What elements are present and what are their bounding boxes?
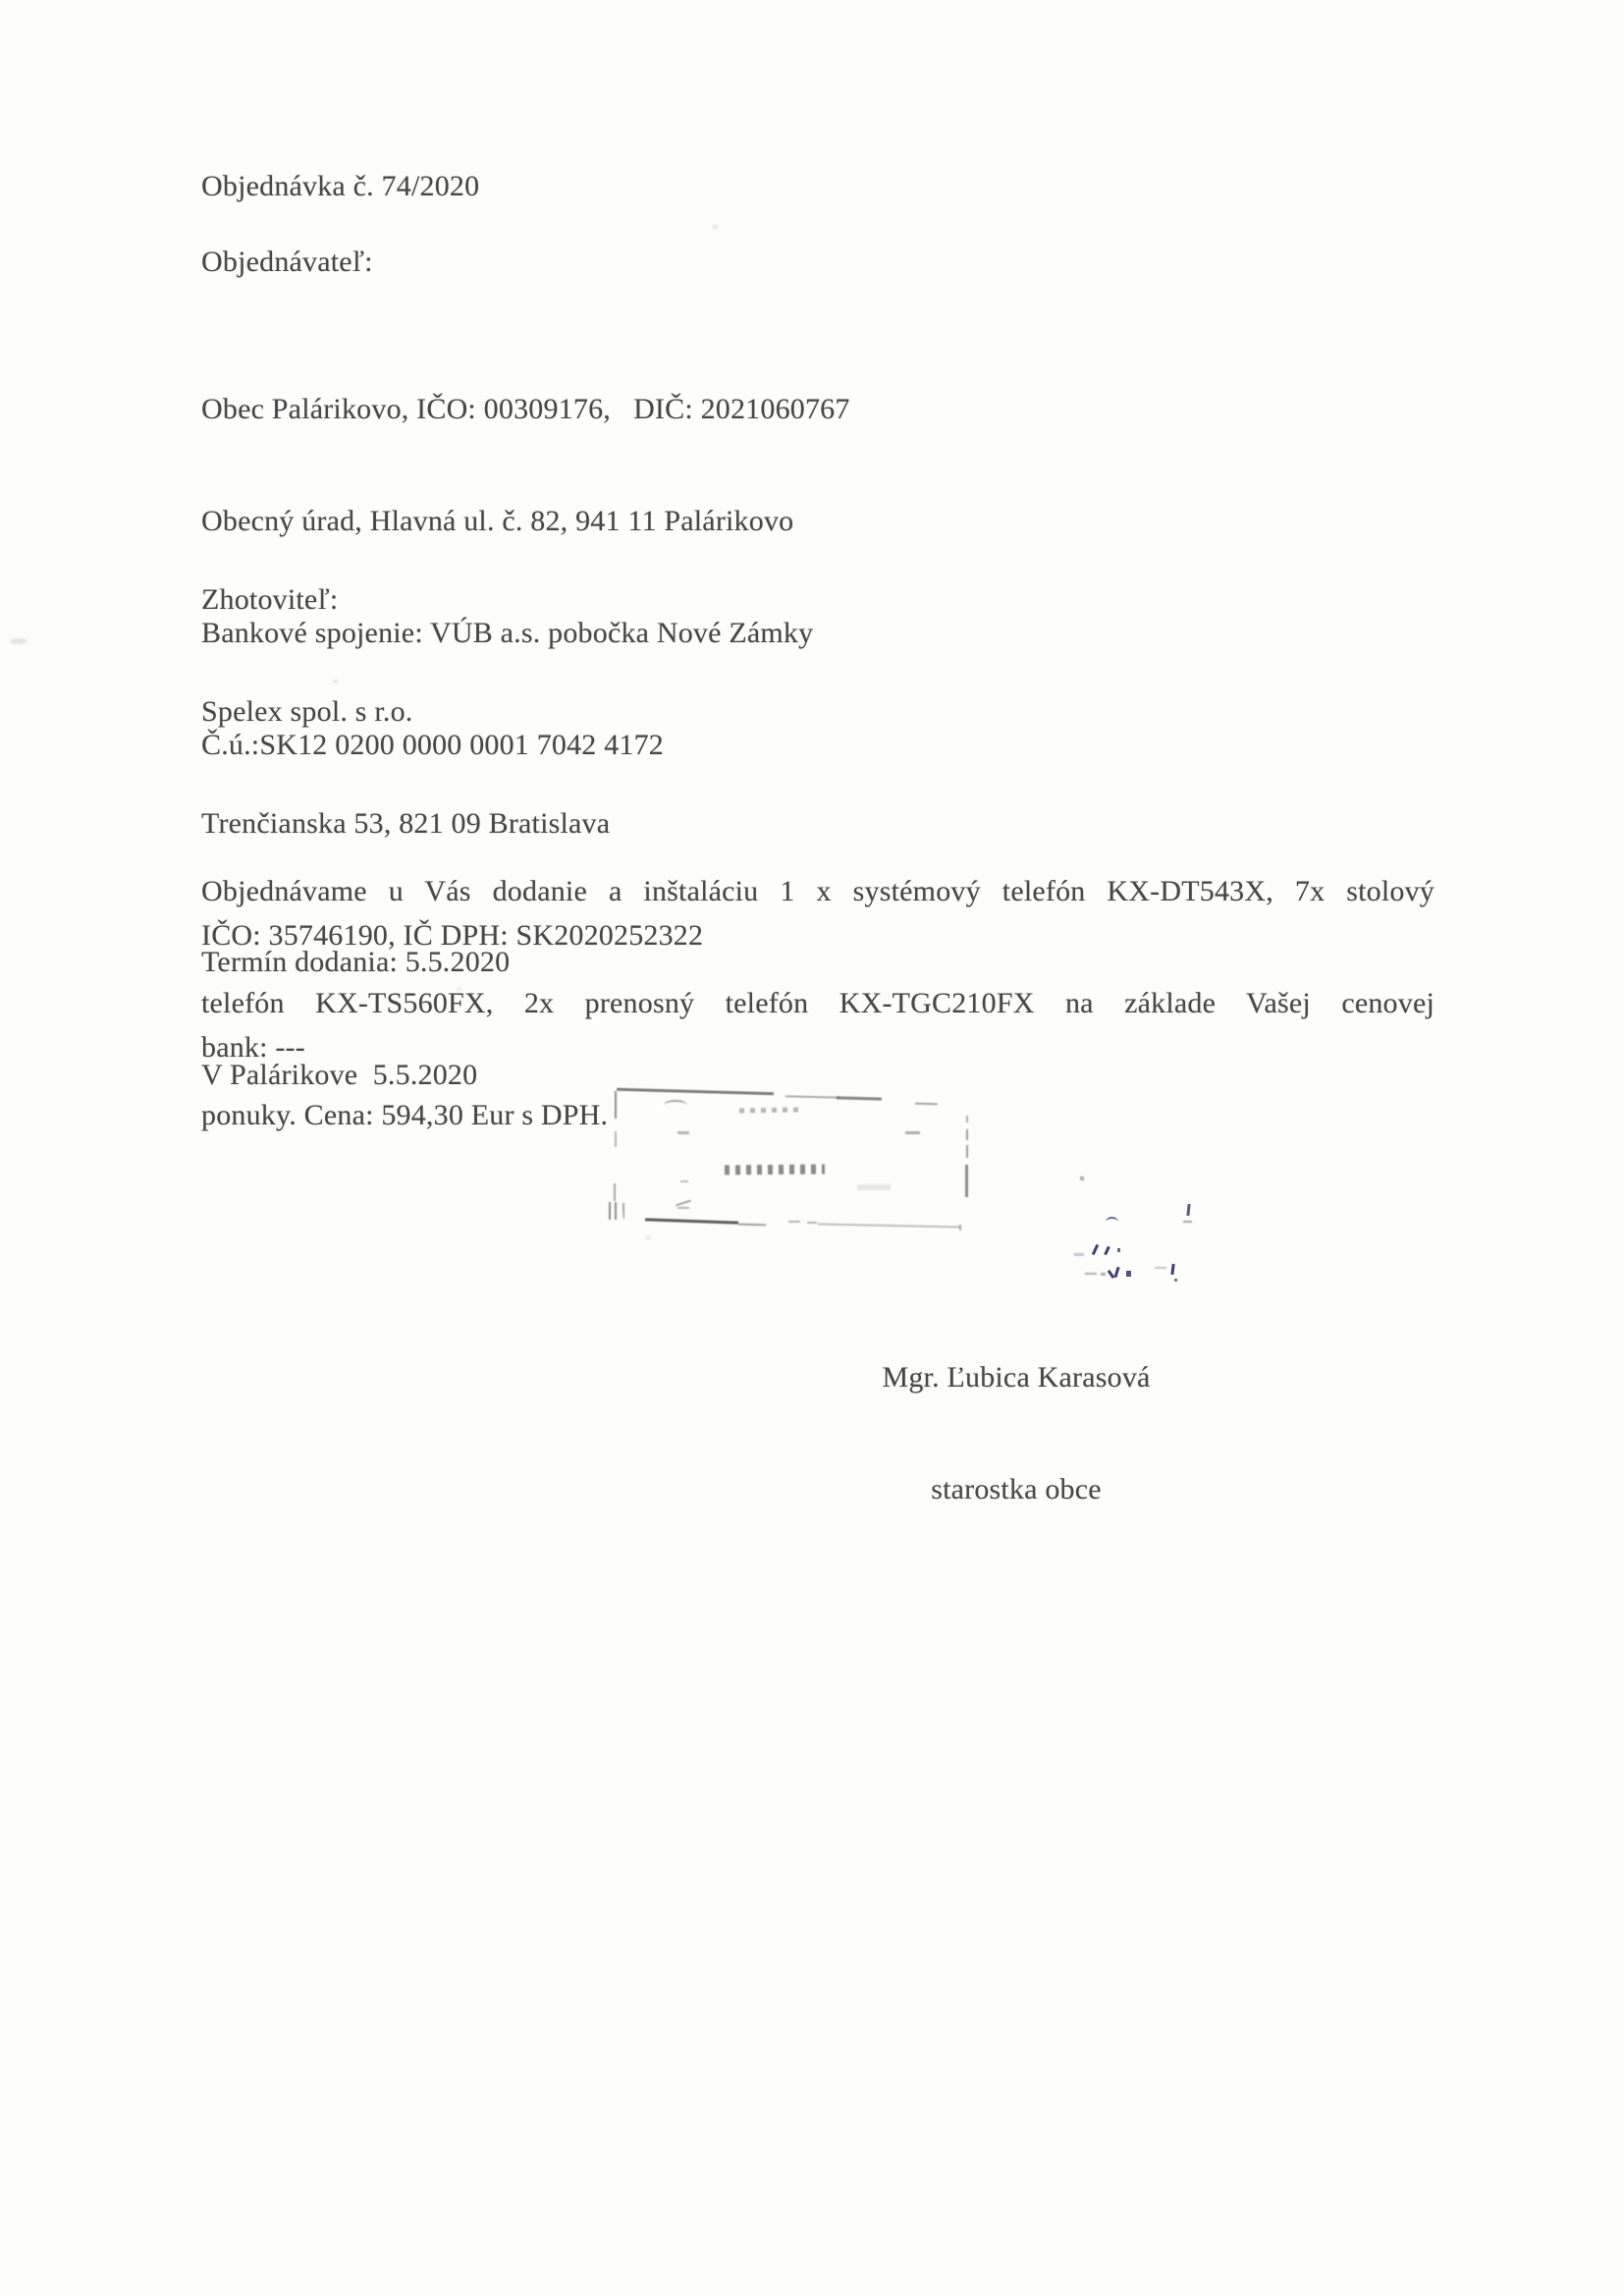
signature-stroke <box>1092 1244 1099 1255</box>
stamp-stroke <box>623 1203 624 1219</box>
stamp-stroke <box>739 1107 798 1113</box>
place-date-line: V Palárikove 5.5.2020 <box>201 1057 477 1094</box>
stamp-stroke <box>664 1100 687 1111</box>
stamp-stroke <box>905 1131 920 1134</box>
stamp-stroke <box>680 1180 688 1182</box>
signature-stroke <box>1170 1264 1174 1275</box>
signature-stroke <box>1183 1221 1192 1223</box>
stamp-stroke <box>615 1131 617 1147</box>
scan-artifact <box>457 987 461 991</box>
signature-stroke <box>1113 1267 1119 1278</box>
orderer-heading: Objednávateľ: <box>201 244 373 281</box>
stamp-stroke <box>965 1165 968 1197</box>
delivery-date-line: Termín dodania: 5.5.2020 <box>201 944 510 981</box>
signature-stroke <box>1186 1204 1190 1216</box>
page-title: Objednávka č. 74/2020 <box>201 168 479 205</box>
contractor-line: Spelex spol. s r.o. <box>201 693 703 731</box>
signature-stroke <box>1117 1248 1120 1252</box>
stamp-stroke <box>725 1165 825 1175</box>
order-paragraph-line: Objednávame u Vás dodanie a inštaláciu 1… <box>201 873 1435 910</box>
scan-artifact <box>10 638 27 644</box>
signature-stroke <box>1074 1253 1084 1256</box>
scan-artifact <box>713 225 718 229</box>
order-paragraph-line: telefón KX-TS560FX, 2x prenosný telefón … <box>201 985 1435 1022</box>
signature-stroke <box>1104 1246 1110 1255</box>
stamp-stroke <box>609 1202 611 1220</box>
signature-stroke <box>1101 1273 1106 1276</box>
signature-stroke <box>1085 1273 1097 1275</box>
stamp-stroke <box>857 1184 891 1190</box>
stamp-stroke <box>677 1131 689 1134</box>
scan-artifact <box>646 1236 650 1239</box>
signature-stroke <box>1174 1279 1177 1282</box>
order-paragraph: Objednávame u Vás dodanie a inštaláciu 1… <box>201 798 1435 1209</box>
stamp-stroke <box>645 1218 738 1225</box>
signature-stroke <box>1126 1271 1131 1277</box>
stamp-stroke <box>966 1129 968 1140</box>
signature-stroke <box>1106 1217 1118 1228</box>
signature-block: Mgr. Ľubica Karasová starostka obce <box>854 1285 1178 1583</box>
scan-artifact <box>333 680 338 683</box>
signer-name: Mgr. Ľubica Karasová <box>854 1359 1178 1396</box>
stamp-stroke <box>615 1202 617 1220</box>
stamp-stroke <box>614 1183 616 1201</box>
stamp-stroke <box>807 1222 817 1224</box>
stamp-stroke <box>677 1207 689 1209</box>
orderer-line: Obec Palárikovo, IČO: 00309176, DIČ: 202… <box>201 391 850 428</box>
order-paragraph-line: ponuky. Cena: 594,30 Eur s DPH. <box>201 1097 1435 1134</box>
stamp-stroke <box>959 1225 961 1230</box>
stamp-stroke <box>788 1221 800 1223</box>
contractor-heading: Zhotoviteľ: <box>201 581 703 619</box>
stamp-stroke <box>966 1145 968 1158</box>
signature-stroke <box>1080 1176 1084 1180</box>
stamp-stroke <box>738 1224 766 1227</box>
stamp-stroke <box>818 1223 960 1228</box>
stamp-stroke <box>615 1091 617 1119</box>
scanned-order-document: Objednávka č. 74/2020 Objednávateľ: Obec… <box>0 0 1624 2296</box>
stamp-stroke <box>966 1116 968 1122</box>
signature-stroke <box>1155 1267 1166 1269</box>
signer-title: starostka obce <box>854 1471 1178 1508</box>
